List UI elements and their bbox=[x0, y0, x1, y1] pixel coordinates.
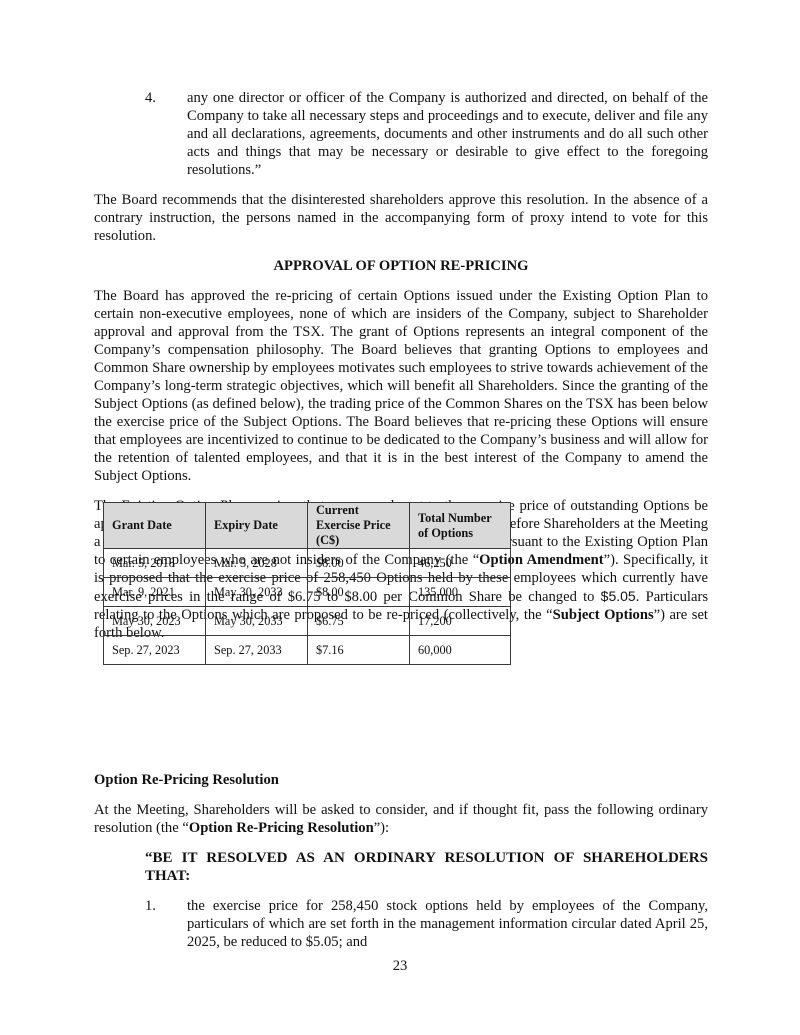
subheading: Option Re-Pricing Resolution bbox=[94, 771, 708, 789]
resolution-intro-paragraph: At the Meeting, Shareholders will be ask… bbox=[94, 801, 708, 837]
section-heading: APPROVAL OF OPTION RE-PRICING bbox=[94, 257, 708, 275]
column-header-total-options: Total Number of Options bbox=[410, 503, 511, 549]
column-header-expiry-date: Expiry Date bbox=[206, 503, 308, 549]
repricing-rationale-paragraph: The Board has approved the re-pricing of… bbox=[94, 287, 708, 485]
exercise-price-cell: $7.16 bbox=[308, 636, 410, 665]
expiry-date-cell: May 30, 2033 bbox=[206, 607, 308, 636]
item-number: 1. bbox=[145, 897, 156, 915]
column-header-grant-date: Grant Date bbox=[104, 503, 206, 549]
text-run: At the Meeting, Shareholders will be ask… bbox=[94, 802, 708, 836]
table-row: Mar. 5, 2018 Mar. 5, 2028 $8.00 46,250 bbox=[104, 549, 511, 578]
table-row: Mar. 9, 2021 May 30, 2033 $8.00 135,000 bbox=[104, 578, 511, 607]
grant-date-cell: Mar. 5, 2018 bbox=[104, 549, 206, 578]
resolution-item-4: 4. any one director or officer of the Co… bbox=[94, 89, 708, 179]
subject-options-table: Grant Date Expiry Date Current Exercise … bbox=[103, 502, 511, 665]
item-number: 4. bbox=[145, 89, 156, 107]
total-options-cell: 17,200 bbox=[410, 607, 511, 636]
expiry-date-cell: Mar. 5, 2028 bbox=[206, 549, 308, 578]
grant-date-cell: Sep. 27, 2023 bbox=[104, 636, 206, 665]
column-header-exercise-price: Current Exercise Price (C$) bbox=[308, 503, 410, 549]
document-page-lower: Option Re-Pricing Resolution At the Meet… bbox=[94, 771, 708, 951]
item-text: any one director or officer of the Compa… bbox=[187, 89, 708, 179]
defined-term-subject-options: Subject Options bbox=[553, 607, 654, 623]
table-row: May 30, 2023 May 30, 2033 $6.75 17,200 bbox=[104, 607, 511, 636]
grant-date-cell: Mar. 9, 2021 bbox=[104, 578, 206, 607]
total-options-cell: 135,000 bbox=[410, 578, 511, 607]
page-number: 23 bbox=[0, 958, 800, 975]
resolution-item-1: 1. the exercise price for 258,450 stock … bbox=[94, 897, 708, 951]
exercise-price-cell: $8.00 bbox=[308, 549, 410, 578]
text-run: ”): bbox=[374, 820, 389, 836]
item-text: the exercise price for 258,450 stock opt… bbox=[187, 897, 708, 951]
board-recommendation: The Board recommends that the disinteres… bbox=[94, 191, 708, 245]
expiry-date-cell: May 30, 2033 bbox=[206, 578, 308, 607]
grant-date-cell: May 30, 2023 bbox=[104, 607, 206, 636]
exercise-price-cell: $6.75 bbox=[308, 607, 410, 636]
table-row: Sep. 27, 2023 Sep. 27, 2033 $7.16 60,000 bbox=[104, 636, 511, 665]
new-exercise-price: $5.05 bbox=[601, 588, 636, 604]
defined-term-repricing-resolution: Option Re-Pricing Resolution bbox=[189, 820, 374, 836]
total-options-cell: 60,000 bbox=[410, 636, 511, 665]
total-options-cell: 46,250 bbox=[410, 549, 511, 578]
table-header-row: Grant Date Expiry Date Current Exercise … bbox=[104, 503, 511, 549]
resolved-line: “BE IT RESOLVED AS AN ORDINARY RESOLUTIO… bbox=[94, 849, 708, 885]
exercise-price-cell: $8.00 bbox=[308, 578, 410, 607]
expiry-date-cell: Sep. 27, 2033 bbox=[206, 636, 308, 665]
